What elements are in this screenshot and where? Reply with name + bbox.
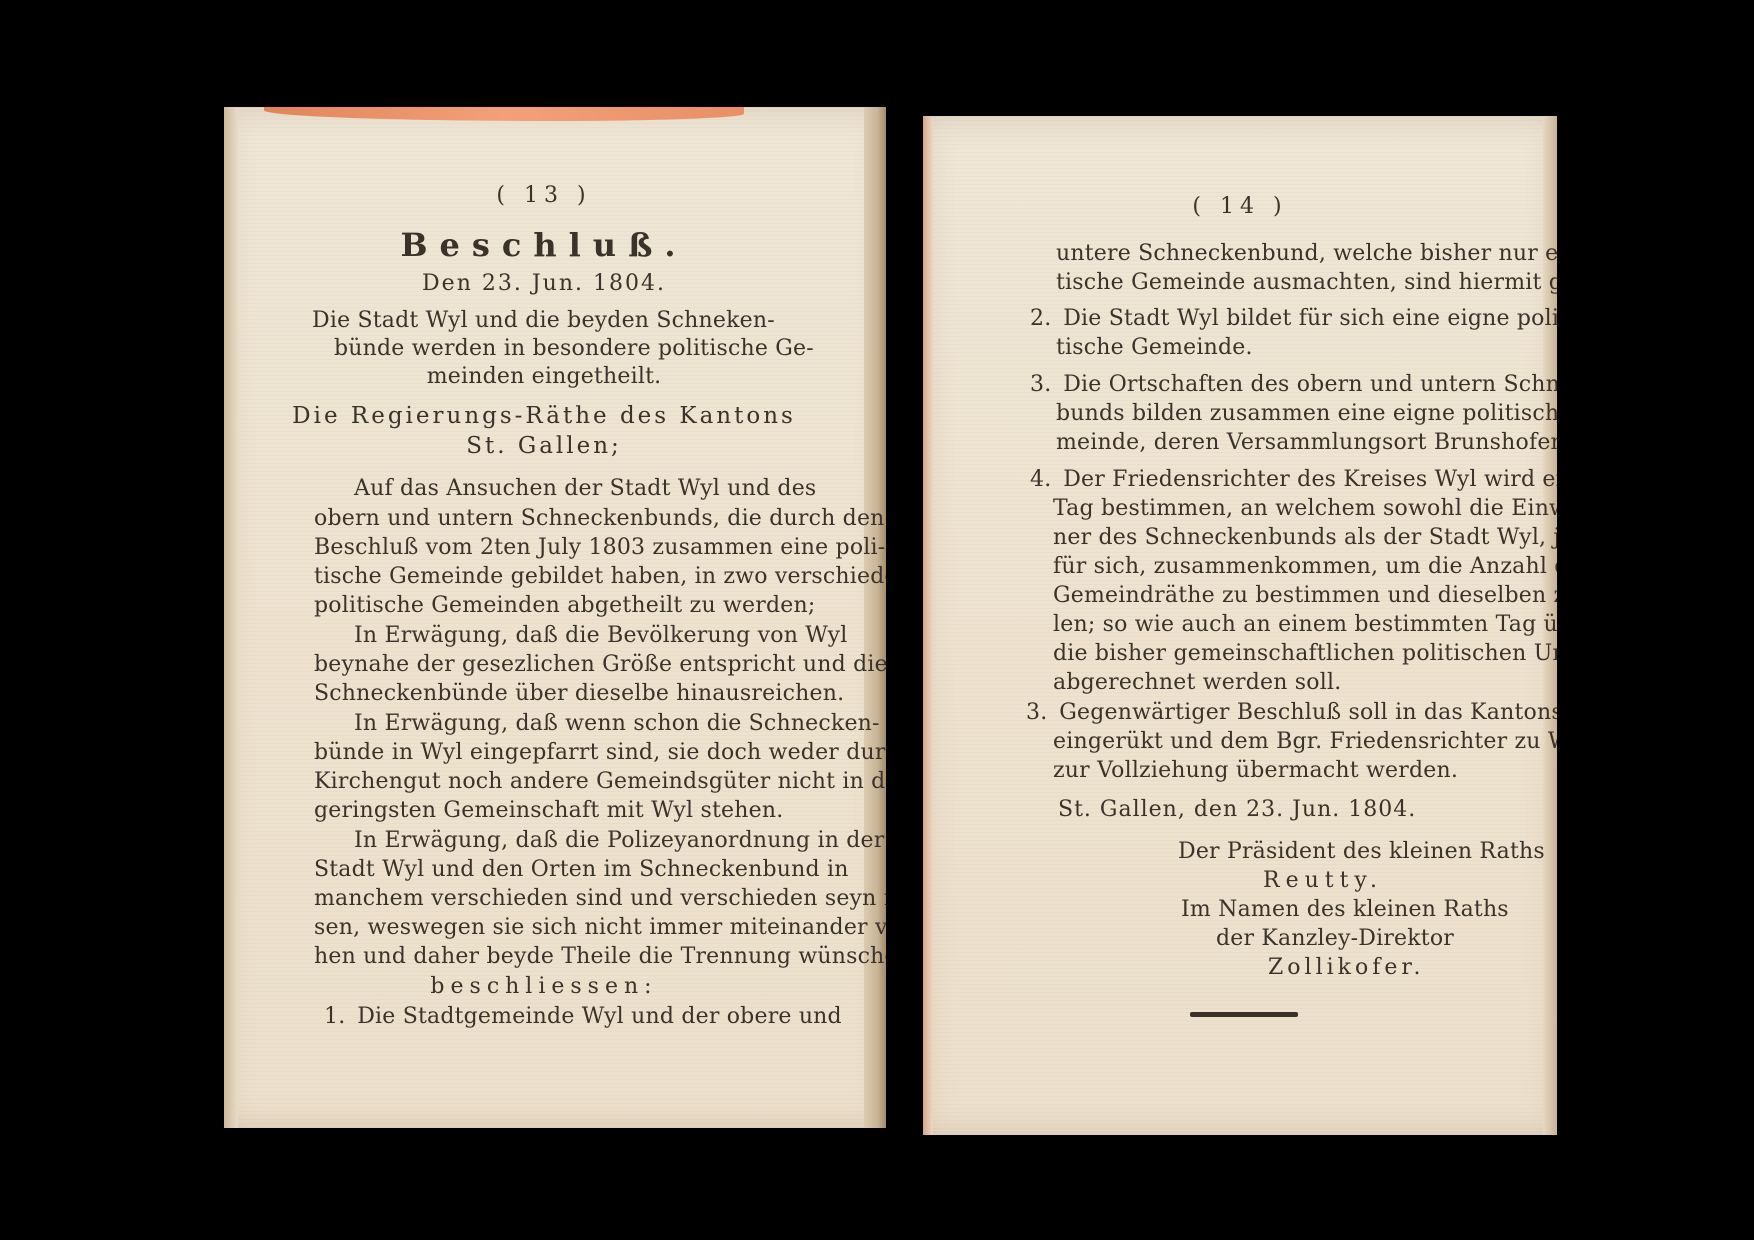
body-line: geringsten Gemeinschaft mit Wyl stehen. <box>314 797 783 825</box>
item-number: 4. <box>1030 466 1056 494</box>
resolution-item-1: 1. Die Stadtgemeinde Wyl und der obere u… <box>324 1003 842 1031</box>
body-line: bünde in Wyl eingepfarrt sind, sie doch … <box>314 739 886 767</box>
body-line: Kirchengut noch andere Gemeindsgüter nic… <box>314 768 886 796</box>
left-page: ( 13 ) Beschluß. Den 23. Jun. 1804. Die … <box>224 107 886 1128</box>
body-line: beynahe der gesezlichen Größe entspricht… <box>314 651 886 679</box>
body-line: sen, weswegen sie sich nicht immer mitei… <box>314 914 886 942</box>
page-edge-right <box>864 107 886 1128</box>
item-text: Gemeindräthe zu bestimmen und dieselben … <box>1053 582 1557 610</box>
right-page: ( 14 ) untere Schneckenbund, welche bish… <box>923 116 1557 1135</box>
authority-line: St. Gallen; <box>224 432 864 460</box>
body-line: tische Gemeinde gebildet haben, in zwo v… <box>314 563 886 591</box>
resolution-item-4: 4. Der Friedensrichter des Kreises Wyl w… <box>1030 466 1557 494</box>
resolution-item-2: 2. Die Stadt Wyl bildet für sich eine ei… <box>1030 305 1557 333</box>
subtitle-line: Die Stadt Wyl und die beyden Schneken- <box>312 307 775 335</box>
body-line: Schneckenbünde über dieselbe hinausreich… <box>314 680 844 708</box>
item-text: Tag bestimmen, an welchem sowohl die Ein… <box>1053 495 1557 523</box>
resolution-item-5: 3. Gegenwärtiger Beschluß soll in das Ka… <box>1026 699 1557 727</box>
page-edge-left <box>923 116 933 1135</box>
body-line: In Erwägung, daß die Polizeyanordnung in… <box>354 827 884 855</box>
signature-line: Im Namen des kleinen Raths <box>1181 896 1509 924</box>
continuation-line: tische Gemeinde ausmachten, sind hiermit… <box>1056 269 1557 297</box>
body-line: Auf das Ansuchen der Stadt Wyl und des <box>354 475 816 503</box>
item-number: 2. <box>1030 305 1056 333</box>
body-line: obern und untern Schneckenbunds, die dur… <box>314 505 885 533</box>
closing-rule <box>1190 1012 1298 1017</box>
body-line: In Erwägung, daß wenn schon die Schnecke… <box>354 710 880 738</box>
item-text: Gegenwärtiger Beschluß soll in das Kanto… <box>1059 700 1557 725</box>
item-number: 3. <box>1026 699 1052 727</box>
item-text: Die Ortschaften des obern und untern Sch… <box>1063 372 1557 397</box>
item-text: tische Gemeinde. <box>1056 334 1253 362</box>
item-text: eingerükt und dem Bgr. Friedensrichter z… <box>1053 728 1557 756</box>
signature-line: Der Präsident des kleinen Raths <box>1178 838 1545 866</box>
item-text: zur Vollziehung übermacht werden. <box>1053 757 1458 785</box>
item-number: 3. <box>1030 371 1056 399</box>
subtitle-line: bünde werden in besondere politische Ge- <box>334 335 814 363</box>
item-text: meinde, deren Versammlungsort Brunshofen… <box>1056 429 1557 457</box>
signature-name-director: Zollikofer. <box>1268 954 1424 982</box>
subtitle-line: meinden eingetheilt. <box>224 363 864 391</box>
body-line: hen und daher beyde Theile die Trennung … <box>314 943 886 971</box>
item-text: bunds bilden zusammen eine eigne politis… <box>1056 400 1557 428</box>
page-edge-top <box>264 107 744 121</box>
body-line: manchem verschieden sind und verschieden… <box>314 885 886 913</box>
authority-line: Die Regierungs-Räthe des Kantons <box>224 402 864 430</box>
item-text: Die Stadt Wyl bildet für sich eine eigne… <box>1063 306 1557 331</box>
page-number: ( 14 ) <box>923 193 1557 221</box>
document-title: Beschluß. <box>224 227 864 263</box>
item-text: für sich, zusammenkommen, um die Anzahl … <box>1053 553 1557 581</box>
place-date: St. Gallen, den 23. Jun. 1804. <box>1058 796 1416 824</box>
signature-name-president: Reutty. <box>1263 867 1383 895</box>
resolve-word: beschliessen: <box>224 973 864 1001</box>
body-line: politische Gemeinden abgetheilt zu werde… <box>314 592 815 620</box>
date-line: Den 23. Jun. 1804. <box>224 270 864 298</box>
body-line: Beschluß vom 2ten July 1803 zusammen ein… <box>314 534 885 562</box>
signature-line: der Kanzley-Direktor <box>1216 925 1454 953</box>
page-number: ( 13 ) <box>224 182 864 210</box>
body-line: Stadt Wyl und den Orten im Schneckenbund… <box>314 856 849 884</box>
item-text: ner des Schneckenbunds als der Stadt Wyl… <box>1053 524 1557 552</box>
continuation-line: untere Schneckenbund, welche bisher nur … <box>1056 240 1557 268</box>
item-text: Die Stadtgemeinde Wyl und der obere und <box>357 1004 842 1029</box>
item-text: Der Friedensrichter des Kreises Wyl wird… <box>1063 467 1557 492</box>
item-text: abgerechnet werden soll. <box>1053 669 1341 697</box>
item-text: die bisher gemeinschaftlichen politische… <box>1053 640 1557 668</box>
item-text: len; so wie auch an einem bestimmten Tag… <box>1053 611 1557 639</box>
body-line: In Erwägung, daß die Bevölkerung von Wyl <box>354 622 848 650</box>
item-number: 1. <box>324 1003 350 1031</box>
resolution-item-3: 3. Die Ortschaften des obern und untern … <box>1030 371 1557 399</box>
